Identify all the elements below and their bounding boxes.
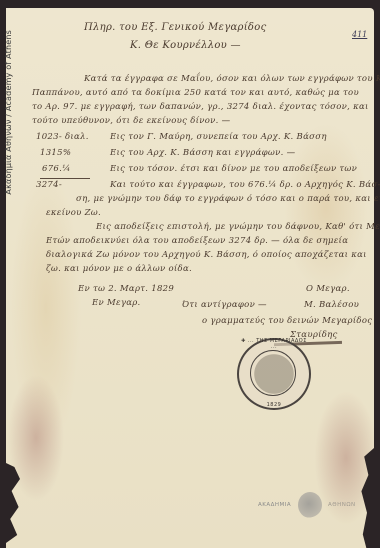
document-title-line-2: Κ. Θε Κουρνέλλου —: [130, 40, 241, 51]
ledger-text: Εις τον Γ. Μαύρη, συνεπεία του Αρχ. Κ. Β…: [110, 132, 327, 142]
witness-line-2: ο γραμματεύς του δεινών Μεγαρίδος: [202, 316, 372, 326]
seal-emblem: [250, 350, 296, 396]
official-seal: ✚ ... ΤΗΣ ΜΕΓΑΡΙΑΔΟΣ ... 1829: [237, 338, 311, 410]
body-line: ζω. και μόνον με ο άλλων οίδα.: [46, 264, 192, 274]
archive-watermark-text-2: ΑΘΗΝΩΝ: [328, 502, 356, 508]
date-line: Εν τω 2. Μαρτ. 1829: [78, 284, 174, 294]
manuscript-page: 411 Πληρ. του Εξ. Γενικού Μεγαρίδος Κ. Θ…: [6, 8, 374, 548]
body-line: το Αρ. 97. με εγγραφή, των δαπανών, γρ.,…: [32, 102, 369, 112]
scan-background-top: [0, 0, 380, 8]
place-line: Εν Μεγαρ.: [92, 298, 141, 308]
document-title-line-1: Πληρ. του Εξ. Γενικού Μεγαρίδος: [84, 22, 266, 33]
ledger-sum-rule: [40, 178, 90, 179]
body-line: Κατά τα έγγραφα σε Μαΐου, όσον και όλων …: [84, 74, 380, 84]
body-line: διαλογικά Ζω μόνον του Αρχηγού Κ. Βάσση,…: [46, 250, 367, 260]
torn-edge-left: [6, 463, 20, 543]
ledger-text: Εις του τόσον. έτσι και δίνον με του απο…: [110, 164, 357, 174]
ledger-total: 3274-: [36, 180, 62, 190]
ledger-amount: 1023- διαλ.: [36, 132, 89, 142]
archive-watermark-vertical: Ακαδημία Αθηνών / Academy of Athens: [4, 30, 13, 195]
body-line: Εις αποδείξεις επιστολή, με γνώμην του δ…: [96, 222, 380, 232]
torn-edge-right: [360, 448, 374, 548]
body-line: ση, με γνώμην του δάφ το εγγράφων ό τόσο…: [76, 194, 380, 204]
body-line: τούτο υπεύθυνον, ότι δε εκείνους δίνον. …: [32, 116, 230, 126]
seal-date: 1829: [239, 402, 309, 408]
signatory-name: Μ. Βαλέσου: [304, 300, 359, 310]
body-line: Ετών αποδεικνύει όλα του αποδείξεων 3274…: [46, 236, 348, 246]
archive-watermark-text: ΑΚΑΔΗΜΙΑ: [258, 502, 291, 508]
ledger-text: Και τούτο και έγγραφων, του 676.¼ δρ. ο …: [110, 180, 380, 190]
signatory-title: Ο Μεγαρ.: [306, 284, 350, 294]
body-line: εκείνου Ζω.: [46, 208, 101, 218]
witness-line: Ότι αντίγραφον —: [182, 300, 267, 310]
athena-emblem-icon: [298, 492, 322, 518]
ledger-amount: 676.¼: [42, 164, 71, 174]
ledger-text: Εις του Αρχ. Κ. Βάσση και εγγράφων. —: [110, 148, 295, 158]
page-number: 411: [352, 30, 367, 39]
body-line: Παππάνου, αυτό από τα δοκίμια 250 κατά τ…: [32, 88, 359, 98]
seal-border-text: ✚ ... ΤΗΣ ΜΕΓΑΡΙΑΔΟΣ ...: [239, 338, 309, 350]
ledger-amount: 1315%: [40, 148, 71, 158]
